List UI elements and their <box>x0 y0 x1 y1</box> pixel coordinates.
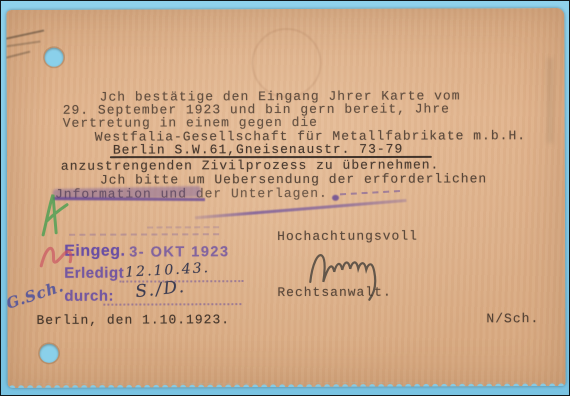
handwritten-by-initials: S./D. <box>134 277 186 302</box>
corner-smudge-mark <box>6 51 30 60</box>
postcard: Jch bestätige den Eingang Jhrer Karte vo… <box>6 8 565 388</box>
punch-hole-bottom <box>40 344 59 363</box>
punch-hole-top <box>44 48 63 67</box>
scanned-postcard-photo: Jch bestätige den Eingang Jhrer Karte vo… <box>0 0 570 396</box>
edge-smudge-mark <box>547 58 554 143</box>
green-crayon-check-icon <box>37 191 71 239</box>
signer-title: Rechtsanwalt. <box>277 285 391 300</box>
corner-smudge-mark <box>6 41 40 48</box>
stamp-received-date: 3- OKT 1923 <box>129 244 229 260</box>
faint-postmark-circle-icon <box>251 28 321 98</box>
purple-diagonal-strike <box>195 199 407 219</box>
stamp-by-label: durch: <box>64 288 114 305</box>
corner-smudge-mark <box>6 30 44 41</box>
reference-initials: N/Sch. <box>486 311 539 326</box>
red-crayon-mark-icon <box>37 238 77 274</box>
city-date-line: Berlin, den 1.10.1923. <box>36 312 230 328</box>
faded-stamp-remnant <box>69 233 219 236</box>
purple-ink-dot <box>332 195 339 201</box>
stamp-dotted-line <box>103 303 241 305</box>
blue-ink-margin-note: G.Sch. <box>6 277 66 313</box>
purple-strike-dashes <box>340 190 400 195</box>
faded-stamp-remnant <box>147 226 219 228</box>
